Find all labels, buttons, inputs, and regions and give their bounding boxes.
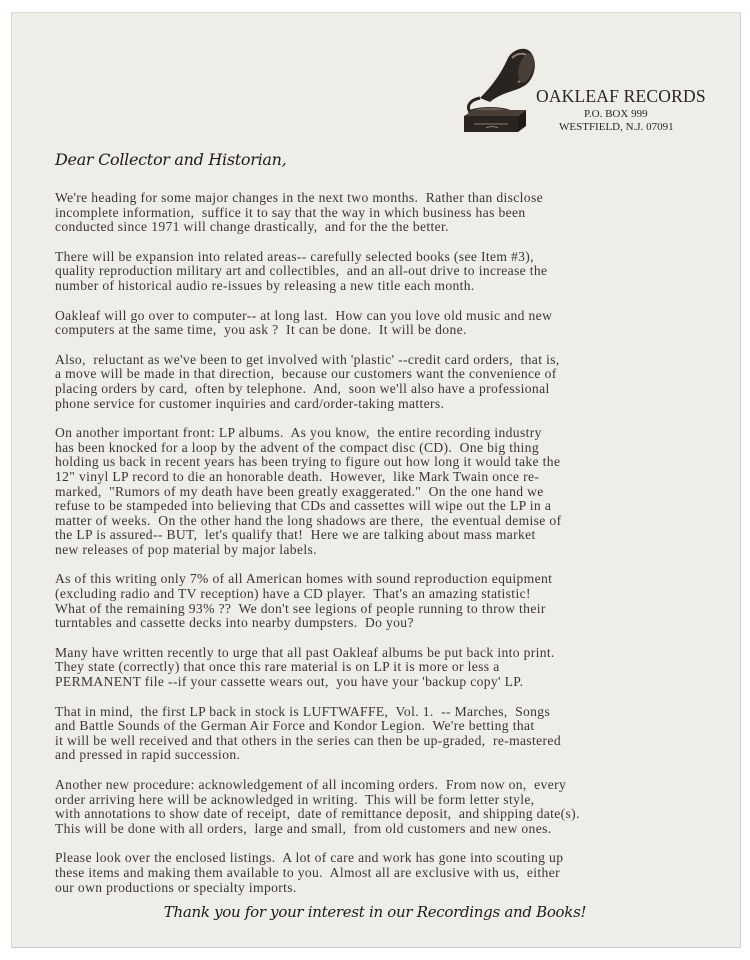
text-line: (excluding radio and TV reception) have … xyxy=(55,587,725,602)
text-line: marked, "Rumors of my death have been gr… xyxy=(55,485,725,500)
paragraph: As of this writing only 7% of all Americ… xyxy=(55,572,725,630)
text-line: phone service for customer inquiries and… xyxy=(55,397,725,412)
text-line: On another important front: LP albums. A… xyxy=(55,426,725,441)
text-line: They state (correctly) that once this ra… xyxy=(55,660,725,675)
text-line: This will be done with all orders, large… xyxy=(55,822,725,837)
text-line: our own productions or specialty imports… xyxy=(55,881,725,896)
paragraph: Many have written recently to urge that … xyxy=(55,646,725,690)
text-line: turntables and cassette decks into nearb… xyxy=(55,616,725,631)
text-line: it will be well received and that others… xyxy=(55,734,725,749)
paragraph: Please look over the enclosed listings. … xyxy=(55,851,725,895)
text-line: has been knocked for a loop by the adven… xyxy=(55,441,725,456)
text-line: order arriving here will be acknowledged… xyxy=(55,793,725,808)
text-line: 12" vinyl LP record to die an honorable … xyxy=(55,470,725,485)
text-line: Another new procedure: acknowledgement o… xyxy=(55,778,725,793)
text-line: Oakleaf will go over to computer-- at lo… xyxy=(55,309,725,324)
gramophone-icon xyxy=(460,46,542,136)
text-line: number of historical audio re-issues by … xyxy=(55,279,725,294)
text-line: holding us back in recent years has been… xyxy=(55,455,725,470)
text-line: quality reproduction military art and co… xyxy=(55,264,725,279)
po-box: P.O. BOX 999 xyxy=(584,108,648,120)
text-line: conducted since 1971 will change drastic… xyxy=(55,220,725,235)
text-line: and pressed in rapid succession. xyxy=(55,748,725,763)
company-name: OAKLEAF RECORDS xyxy=(536,86,706,107)
letter-body: We're heading for some major changes in … xyxy=(55,191,725,910)
text-line: What of the remaining 93% ?? We don't se… xyxy=(55,602,725,617)
paragraph: Also, reluctant as we've been to get inv… xyxy=(55,353,725,411)
paragraph: We're heading for some major changes in … xyxy=(55,191,725,235)
text-line: PERMANENT file --if your cassette wears … xyxy=(55,675,725,690)
salutation: Dear Collector and Historian, xyxy=(55,150,286,169)
text-line: placing orders by card, often by telepho… xyxy=(55,382,725,397)
text-line: a move will be made in that direction, b… xyxy=(55,367,725,382)
text-line: Many have written recently to urge that … xyxy=(55,646,725,661)
text-line: As of this writing only 7% of all Americ… xyxy=(55,572,725,587)
paragraph: Oakleaf will go over to computer-- at lo… xyxy=(55,309,725,338)
letterhead: OAKLEAF RECORDS P.O. BOX 999 WESTFIELD, … xyxy=(460,46,710,136)
text-line: We're heading for some major changes in … xyxy=(55,191,725,206)
text-line: the LP is assured-- BUT, let's qualify t… xyxy=(55,528,725,543)
paragraph: Another new procedure: acknowledgement o… xyxy=(55,778,725,836)
text-line: and Battle Sounds of the German Air Forc… xyxy=(55,719,725,734)
text-line: Also, reluctant as we've been to get inv… xyxy=(55,353,725,368)
text-line: these items and making them available to… xyxy=(55,866,725,881)
company-address: WESTFIELD, N.J. 07091 xyxy=(559,121,674,133)
paragraph: On another important front: LP albums. A… xyxy=(55,426,725,557)
text-line: refuse to be stampeded into believing th… xyxy=(55,499,725,514)
text-line: Please look over the enclosed listings. … xyxy=(55,851,725,866)
text-line: There will be expansion into related are… xyxy=(55,250,725,265)
text-line: That in mind, the first LP back in stock… xyxy=(55,705,725,720)
text-line: computers at the same time, you ask ? It… xyxy=(55,323,725,338)
paragraph: There will be expansion into related are… xyxy=(55,250,725,294)
paragraph: That in mind, the first LP back in stock… xyxy=(55,705,725,763)
closing-line: Thank you for your interest in our Recor… xyxy=(0,903,750,921)
text-line: new releases of pop material by major la… xyxy=(55,543,725,558)
text-line: with annotations to show date of receipt… xyxy=(55,807,725,822)
text-line: matter of weeks. On the other hand the l… xyxy=(55,514,725,529)
text-line: incomplete information, suffice it to sa… xyxy=(55,206,725,221)
